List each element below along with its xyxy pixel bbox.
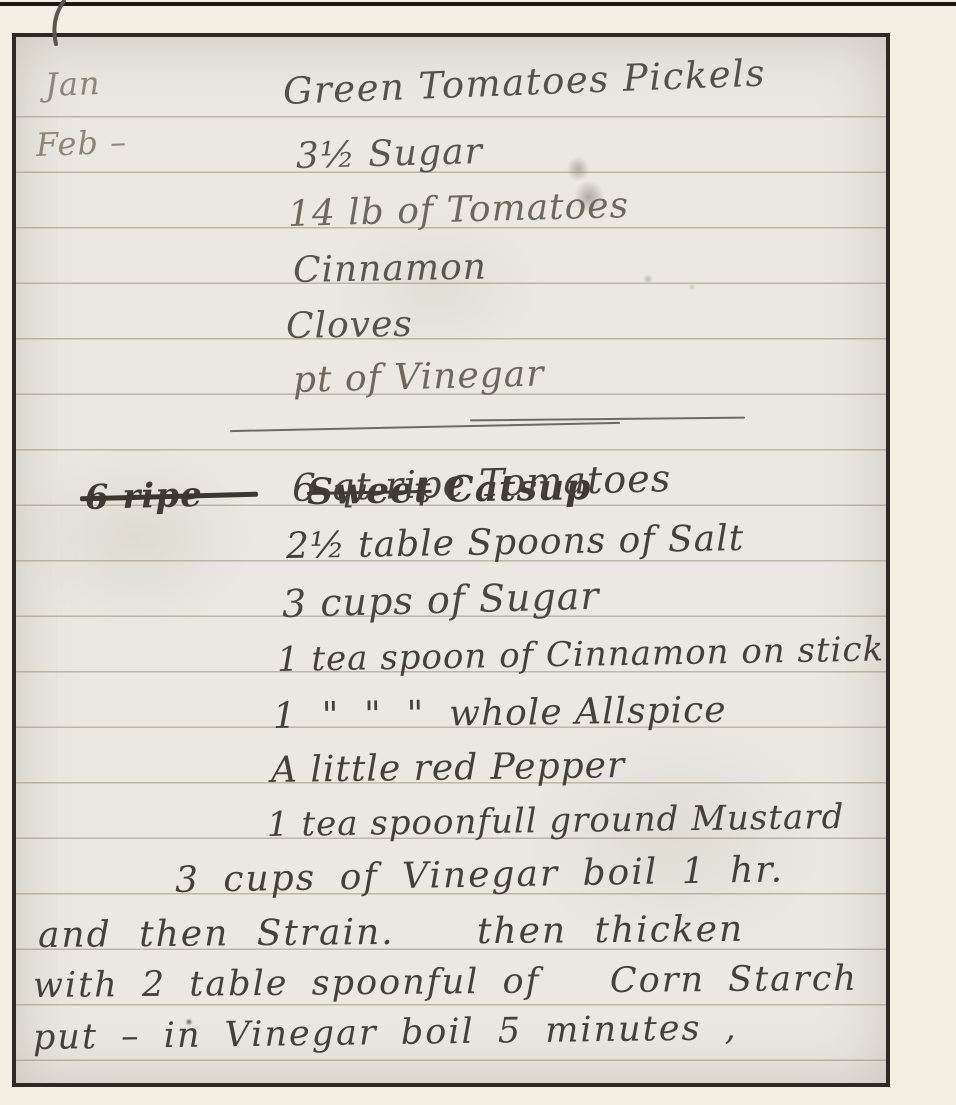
instruction-line: with 2 table spoonful of Corn Starch <box>33 959 858 1006</box>
instruction-line: and then Strain. then thicken <box>38 909 745 956</box>
scan-edge-line <box>0 2 956 6</box>
ingredient-line: pt of Vinegar <box>292 353 544 401</box>
ink-flourish <box>42 0 76 46</box>
ingredient-line: 1 tea spoonfull ground Mustard <box>267 797 845 845</box>
margin-note-feb: Feb – <box>35 123 127 164</box>
ingredient-line: Cinnamon <box>293 247 488 291</box>
ingredient-line: A little red Pepper <box>271 745 626 791</box>
ingredient-line: 2½ table Spoons of Salt <box>286 518 745 567</box>
ingredient-line: 3½ Sugar <box>295 131 483 177</box>
ingredient-line: Cloves <box>286 304 414 347</box>
scanned-recipe-page: Jan Feb – Green Tomatoes Pickels 3½ Suga… <box>0 0 956 1105</box>
ingredient-line: 1 " " " whole Allspice <box>273 690 727 737</box>
margin-note-jan: Jan <box>44 64 101 104</box>
ingredient-line: 3 cups of Sugar <box>281 574 600 626</box>
